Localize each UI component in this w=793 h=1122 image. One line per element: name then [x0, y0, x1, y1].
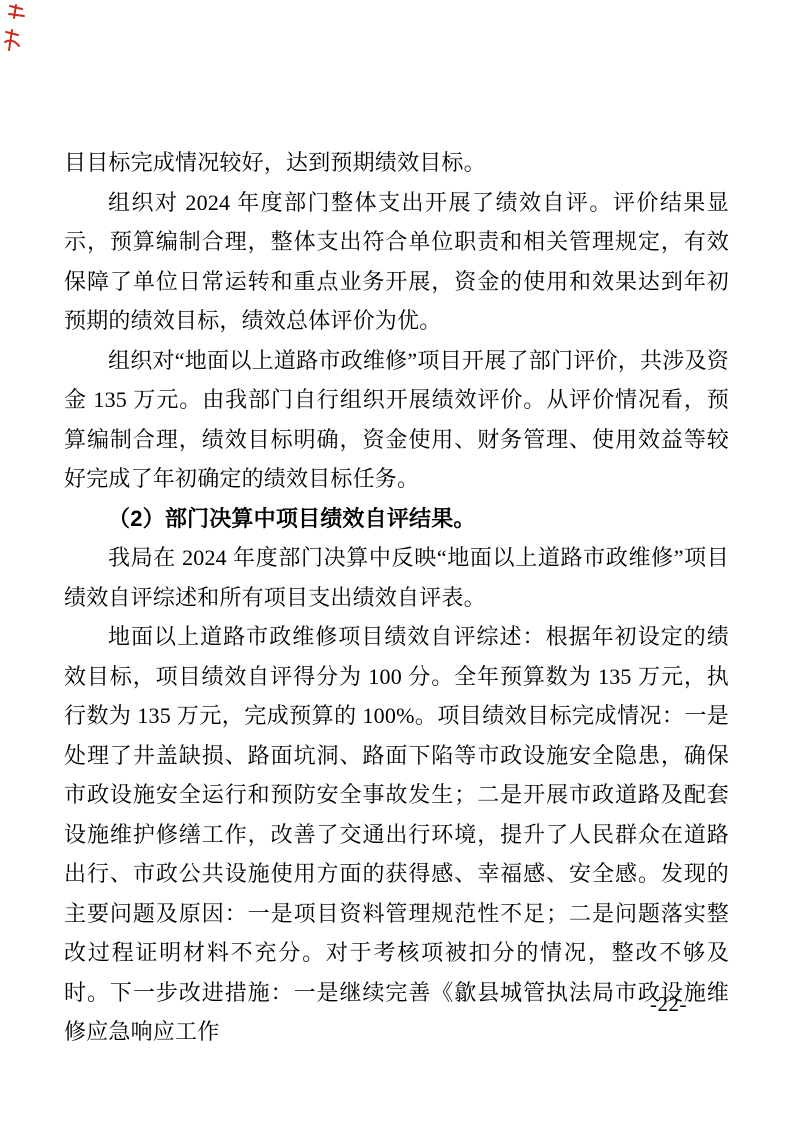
paragraph: 地面以上道路市政维修项目绩效自评综述：根据年初设定的绩效目标，项目绩效自评得分为…	[64, 617, 729, 1052]
page-number: -22-	[650, 992, 687, 1017]
paragraph: 我局在 2024 年度部门决算中反映“地面以上道路市政维修”项目绩效自评综述和所…	[64, 538, 729, 617]
paragraph: 组织对“地面以上道路市政维修”项目开展了部门评价，共涉及资金 135 万元。由我…	[64, 341, 729, 499]
red-pen-marks	[2, 2, 32, 58]
paragraph: 目目标完成情况较好，达到预期绩效目标。	[64, 143, 729, 183]
paragraph: 组织对 2024 年度部门整体支出开展了绩效自评。评价结果显示，预算编制合理，整…	[64, 183, 729, 341]
section-heading: （2）部门决算中项目绩效自评结果。	[64, 499, 729, 539]
red-pen-mark-icon	[5, 5, 24, 50]
document-page: 目目标完成情况较好，达到预期绩效目标。 组织对 2024 年度部门整体支出开展了…	[0, 0, 793, 1122]
document-body: 目目标完成情况较好，达到预期绩效目标。 组织对 2024 年度部门整体支出开展了…	[64, 143, 729, 1052]
